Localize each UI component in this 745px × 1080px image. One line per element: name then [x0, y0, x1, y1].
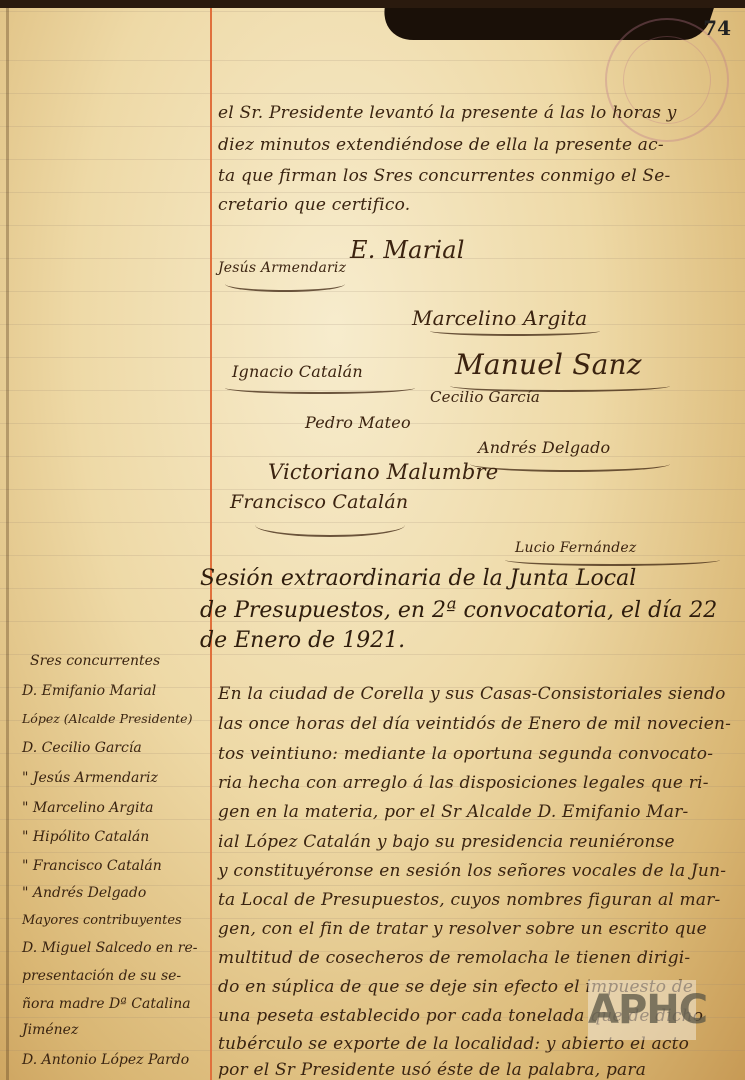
- signature-emifanio-marial: E. Marial: [350, 236, 465, 264]
- session-heading-line-3: de Enero de 1921.: [200, 628, 405, 653]
- session-body-line: gen, con el fin de tratar y resolver sob…: [218, 919, 707, 939]
- margin-attendee: D. Cecilio García: [22, 740, 142, 756]
- signature-manuel-sanz: Manuel Sanz: [455, 348, 642, 381]
- closing-line-4: cretario que certifico.: [218, 195, 410, 215]
- session-body-line: multitud de cosecheros de remolacha le t…: [218, 948, 690, 968]
- session-body-line: gen en la materia, por el Sr Alcalde D. …: [218, 802, 688, 822]
- signature-cecilio-garcia: Cecilio García: [430, 388, 540, 406]
- margin-attendee: presentación de su se-: [22, 968, 181, 984]
- margin-attendee: López (Alcalde Presidente): [22, 711, 192, 726]
- archive-watermark: APHC: [588, 980, 696, 1040]
- margin-attendee: " Francisco Catalán: [22, 858, 162, 874]
- red-margin-line: [210, 8, 212, 1080]
- signature-flourish: [505, 554, 720, 566]
- signature-victoriano-malumbre: Victoriano Malumbre: [268, 460, 498, 484]
- margin-attendee: " Jesús Armendariz: [22, 770, 158, 786]
- session-body-line: tos veintiuno: mediante la oportuna segu…: [218, 744, 713, 764]
- signature-flourish: [225, 382, 415, 394]
- closing-line-2: diez minutos extendiéndose de ella la pr…: [218, 135, 664, 155]
- signature-flourish: [470, 456, 670, 472]
- session-heading-line-1: Sesión extraordinaria de la Junta Local: [200, 566, 636, 591]
- margin-attendee: " Hipólito Catalán: [22, 829, 149, 845]
- closing-line-3: ta que firman los Sres concurrentes conm…: [218, 166, 670, 186]
- session-body-line: por el Sr Presidente usó éste de la pala…: [218, 1060, 646, 1080]
- margin-attendee: Jiménez: [22, 1022, 78, 1038]
- session-body-line: ial López Catalán y bajo su presidencia …: [218, 832, 675, 852]
- signature-flourish: [225, 276, 345, 292]
- session-body-line: ta Local de Presupuestos, cuyos nombres …: [218, 890, 720, 910]
- closing-line-1: el Sr. Presidente levantó la presente á …: [218, 103, 677, 123]
- margin-attendee: D. Emifanio Marial: [22, 683, 156, 699]
- signature-andres-delgado: Andrés Delgado: [478, 438, 610, 457]
- margin-attendee: Mayores contribuyentes: [22, 913, 182, 928]
- session-heading-line-2: de Presupuestos, en 2ª convocatoria, el …: [200, 598, 717, 623]
- signature-ignacio-catalan: Ignacio Catalán: [232, 362, 363, 381]
- margin-attendee: D. Antonio López Pardo: [22, 1052, 189, 1068]
- document-page: 74 el Sr. Presidente levantó la presente…: [0, 8, 745, 1080]
- signature-francisco-catalan: Francisco Catalán: [230, 491, 408, 513]
- margin-attendee: D. Miguel Salcedo en re-: [22, 940, 197, 956]
- binding-edge: [6, 8, 9, 1080]
- session-body-line: ria hecha con arreglo á las disposicione…: [218, 773, 709, 793]
- signature-pedro-mateo: Pedro Mateo: [305, 413, 411, 432]
- signature-flourish: [430, 326, 600, 336]
- signature-jesus-armendariz: Jesús Armendariz: [218, 260, 346, 276]
- session-body-line: las once horas del día veintidós de Ener…: [218, 714, 731, 734]
- margin-attendee: " Andrés Delgado: [22, 885, 146, 901]
- session-body-line: En la ciudad de Corella y sus Casas-Cons…: [218, 684, 726, 704]
- margin-attendee: ñora madre Dª Catalina: [22, 996, 191, 1012]
- margin-attendees-title: Sres concurrentes: [30, 653, 160, 669]
- session-body-line: y constituyéronse en sesión los señores …: [218, 861, 726, 881]
- margin-attendee: " Marcelino Argita: [22, 800, 153, 816]
- page-number: 74: [703, 16, 731, 40]
- signature-flourish: [255, 513, 405, 537]
